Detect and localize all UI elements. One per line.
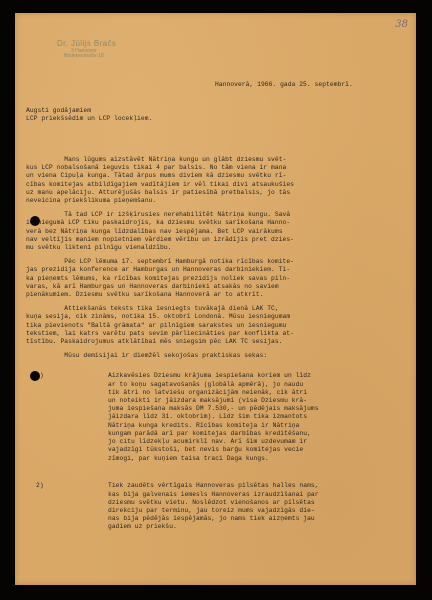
salutation-line: LCP priekšsēdim un LCP locekļiem. (26, 115, 152, 123)
text-line: kas bija galvenais iemesls Hannoveras iz… (108, 491, 319, 499)
text-line: nas bija pēdējās iespējamās, jo nams tie… (108, 515, 319, 523)
folio-number: 38 (395, 19, 408, 30)
text-line: un viena Cipuļa kunga. Tātad ārpus mums … (26, 172, 406, 180)
text-line: Aizkavēsies Dziesmu krājuma iespiešana k… (108, 372, 319, 380)
text-line: tīstību. Paskaidrojumus atklātībai mēs s… (26, 338, 406, 346)
numbered-list: 1) Aizkavēsies Dziesmu krājuma iespiešan… (26, 372, 406, 572)
text-line: ka pieņemts lēmums, ka rīcības komitejas… (26, 275, 406, 283)
text-line: iesniegumā LCP tiku paskaidrojis, ka dzi… (26, 219, 406, 227)
text-line: ar to koņu sagatavošanās (globālā apmērā… (108, 381, 319, 389)
text-line: Tā tad LCP ir izšķīrusies nerehabilitēt … (26, 211, 406, 219)
text-line: kungam parādā arī par komitejas darbības… (108, 430, 319, 438)
text-line: tekstiem, lai katrs varētu pats sevim pā… (26, 330, 406, 338)
salutation: Augsti godājamiem LCP priekšsēdim un LCP… (26, 107, 152, 123)
text-line: Attiekšanās teksts tika iesniegts tuvāka… (26, 305, 406, 313)
list-number: 2) (36, 482, 44, 490)
text-line: varas, kā arī Hamburgas un Hannoveras da… (26, 283, 406, 291)
text-line: dziesmu svētku vietu. Noslēdzot vienošan… (108, 499, 319, 507)
text-line: pienākumiem. Dziesmu svētku sarīkošana H… (26, 291, 406, 299)
text-line: jāizdara līdz 31. oktobrim). Līdz šim ti… (108, 413, 319, 421)
letter-body: Mans lūgums aizstāvēt Nātriņa kungu un g… (26, 156, 406, 572)
paragraph-5: Mūsu demisijai ir diemžēl sekojošas prak… (26, 352, 406, 360)
text-line: Mūsu demisijai ir diemžēl sekojošas prak… (26, 352, 406, 360)
text-line: un noteikti ir jāizdara maksājumi (visa … (108, 397, 319, 405)
document-page: 38 Dr. Jūlijs Bračs 3 Hannover Bödekerst… (15, 13, 416, 585)
text-line: cības komitejas atbildīgajiem vadītājiem… (26, 181, 406, 189)
salutation-line: Augsti godājamiem (26, 107, 152, 115)
text-line: kuņa sesija, cik zināms, notika 15. okto… (26, 313, 406, 321)
text-line: tika pievienots "Baltā grāmata" ar pilnī… (26, 322, 406, 330)
text-line: nav veltījis maniem nopietniem vārdiem v… (26, 236, 406, 244)
letterhead-street: Bödekerstraße 18 (57, 54, 116, 60)
text-line: jas prezidija konference ar Hamburgas un… (26, 266, 406, 274)
dateline: Hannoverā, 1966. gada 25. septembrī. (215, 81, 353, 89)
paragraph-1: Mans lūgums aizstāvēt Nātriņa kungu un g… (26, 156, 406, 205)
list-item-text: Tiek zaudēts vērtīgais Hannoveras pilsēt… (108, 482, 319, 531)
paragraph-2: Tā tad LCP ir izšķīrusies nerehabilitēt … (26, 211, 406, 252)
text-line: Tiek zaudēts vērtīgais Hannoveras pilsēt… (108, 482, 319, 490)
list-item-text: Aizkavēsies Dziesmu krājuma iespiešana k… (108, 372, 319, 462)
text-line: kus LCP nobalsošanā ieguvis tikai 4 par … (26, 164, 406, 172)
text-line: tik ātri no latviešu organizācijām neien… (108, 389, 319, 397)
text-line: verā bez Nātriņa kunga līdzdalības nav i… (26, 228, 406, 236)
paragraph-3: Pēc LCP lēmuma 17. septembrī Hamburgā no… (26, 258, 406, 299)
punch-hole (30, 371, 40, 381)
paragraph-4: Attiekšanās teksts tika iesniegts tuvāka… (26, 305, 406, 346)
text-line: mu svētku likteni pilnīgu vienaldzību. (26, 244, 406, 252)
text-line: jo citu līdzekļu acumirklī nav. Arī šim … (108, 438, 319, 446)
text-line: uz manu apelāciju. Atturējušās balsis ir… (26, 189, 406, 197)
text-line: vajadzīgi tūkstoši, bet nevis barģu komi… (108, 446, 319, 454)
text-line: gadiem uz priekšu. (108, 523, 319, 531)
text-line: Nātriņa kunga kredits. Rīcības komiteja … (108, 422, 319, 430)
text-line: Pēc LCP lēmuma 17. septembrī Hamburgā no… (26, 258, 406, 266)
punch-hole (30, 216, 40, 226)
text-line: zīmogi, par kuņiem taisa traci Daga kung… (108, 455, 319, 463)
text-line: Mans lūgums aizstāvēt Nātriņa kungu un g… (26, 156, 406, 164)
text-line: direkciju par terminu, jau toreiz mums v… (108, 507, 319, 515)
text-line: juma iespiešana maksās DM 7.530,- un pēd… (108, 405, 319, 413)
text-line: neveicina priekšlikuma pieņemšanu. (26, 197, 406, 205)
letterhead-stamp: Dr. Jūlijs Bračs 3 Hannover Bödekerstraß… (57, 40, 116, 60)
